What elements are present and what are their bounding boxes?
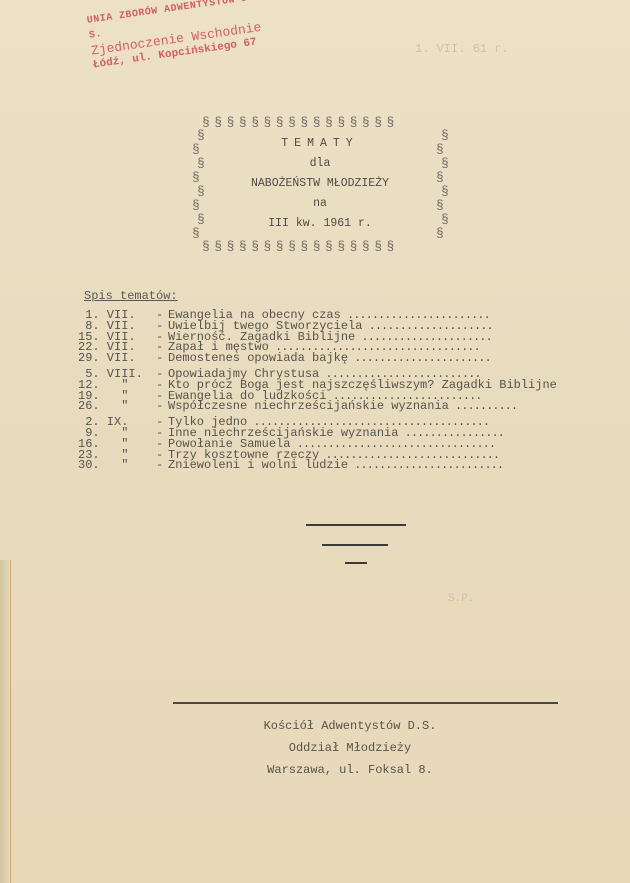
toc-group-september: 2. IX.-Tylko jedno .....................… [78, 417, 598, 471]
bleed-through-date: 1. VII. 61 r. [415, 42, 509, 56]
torn-edge [0, 560, 11, 883]
title-dla: dla [200, 154, 440, 174]
title-nabozenstw: NABOŻEŃSTW MŁODZIEŻY [200, 174, 440, 194]
toc-heading: Spis tematów: [84, 289, 178, 303]
document-page: UNIA ZBORÓW ADWENTYSTÓW D. S. Zjednoczen… [0, 0, 630, 883]
toc-group-july: 1. VII.-Ewangelia na obecny czas .......… [78, 310, 598, 364]
toc-group-august: 5. VIII.-Opowiadajmy Chrystusa .........… [78, 369, 598, 412]
divider-long [306, 524, 406, 526]
title-na: na [200, 194, 440, 214]
toc-item: 29. VII.-Demostenes opowiada bajkę .....… [78, 353, 598, 364]
footer-address: Kościół Adwentystów D.S. Oddział Młodzie… [240, 715, 460, 781]
table-of-contents: 1. VII.-Ewangelia na obecny czas .......… [78, 310, 598, 476]
footer-department: Oddział Młodzieży [240, 737, 460, 759]
toc-item: 30. "-Zniewoleni i wolni ludzie ........… [78, 460, 598, 471]
toc-item: 26. "-Współczesne niechrześcijańskie wyz… [78, 401, 598, 412]
title-quarter: III kw. 1961 r. [200, 214, 440, 234]
frame-bottom-row: §§§§§§§§§§§§§§§§ [202, 239, 399, 254]
footer-address-line: Warszawa, ul. Foksal 8. [240, 759, 460, 781]
red-stamp: UNIA ZBORÓW ADWENTYSTÓW D. S. Zjednoczen… [86, 0, 273, 73]
footer-church: Kościół Adwentystów D.S. [240, 715, 460, 737]
title-block: TEMATY dla NABOŻEŃSTW MŁODZIEŻY na III k… [200, 134, 440, 234]
divider-medium [322, 544, 388, 546]
divider-short [345, 562, 367, 564]
footer-rule [173, 702, 558, 704]
frame-top-row: §§§§§§§§§§§§§§§§ [202, 115, 399, 130]
title-tematy: TEMATY [200, 134, 440, 154]
bleed-through-signature: S.P. [448, 593, 474, 605]
